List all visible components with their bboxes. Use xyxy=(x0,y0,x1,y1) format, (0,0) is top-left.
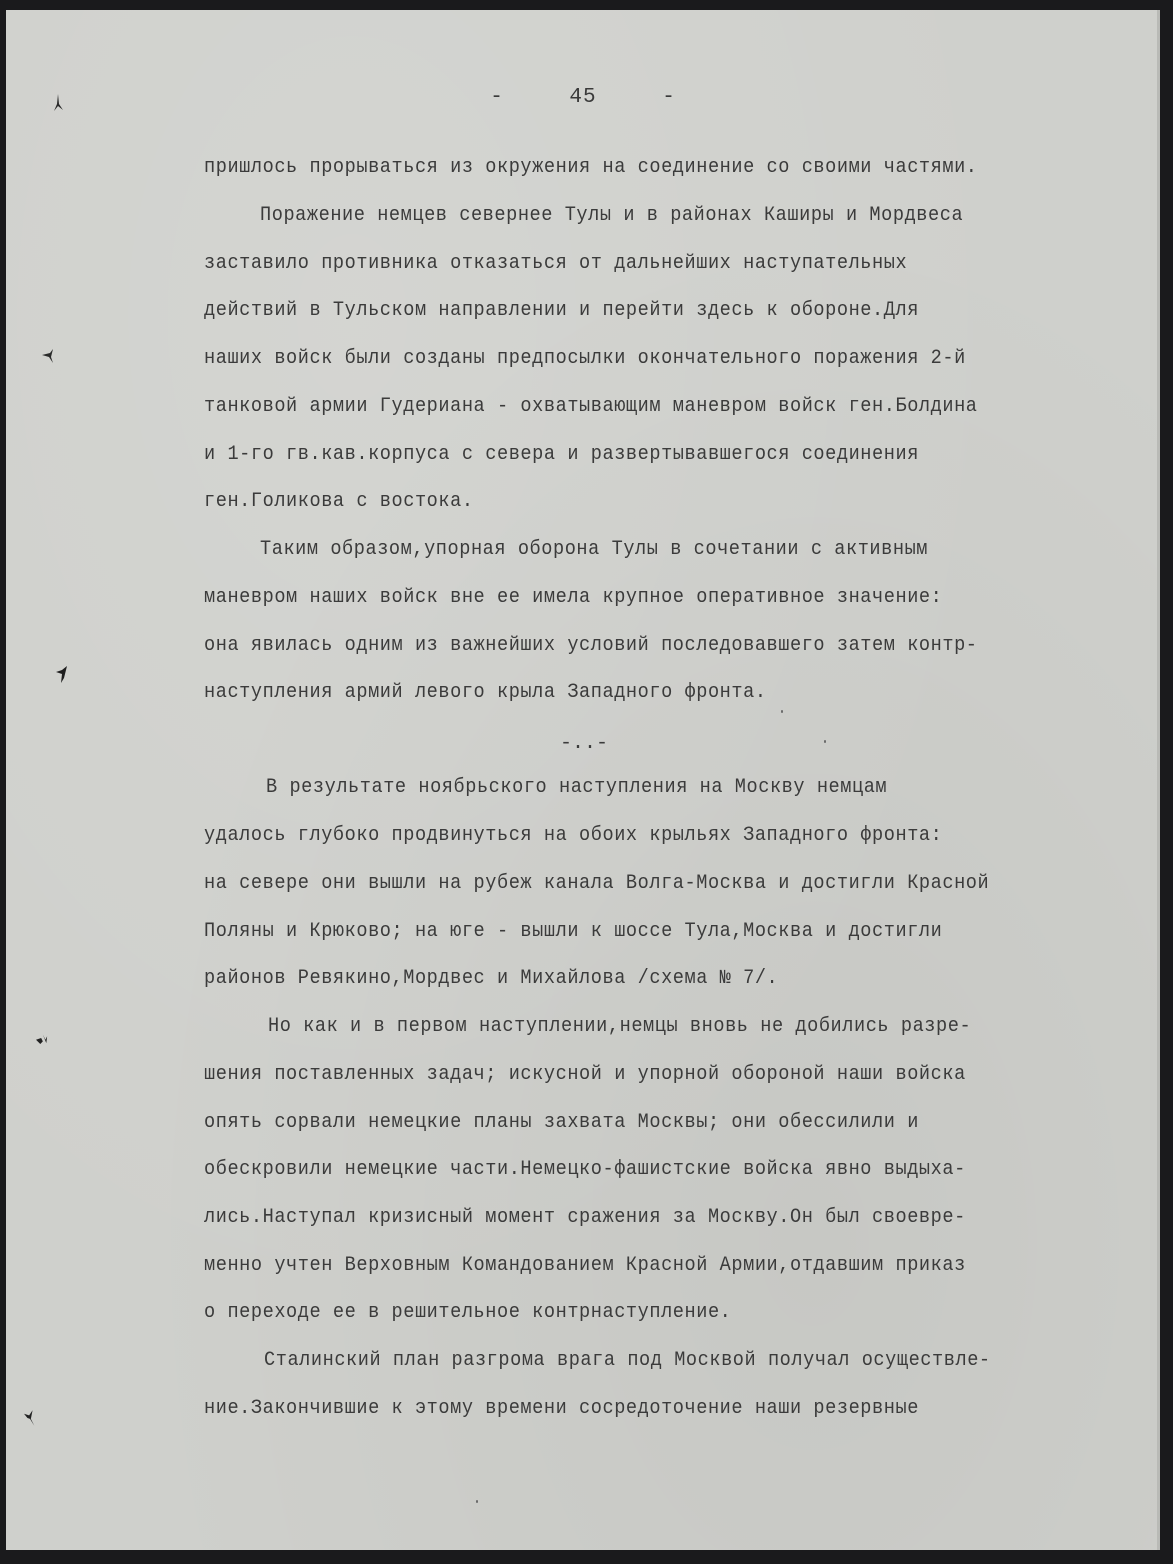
text-line: ген.Голикова с востока. xyxy=(204,490,474,513)
text-line: действий в Тульском направлении и перейт… xyxy=(204,299,919,322)
text-line: обескровили немецкие части.Немецко-фашис… xyxy=(204,1158,966,1181)
text-line: наших войск были созданы предпосылки око… xyxy=(204,347,966,370)
text-line: Но как и в первом наступлении,немцы внов… xyxy=(268,1015,971,1038)
paper-speck xyxy=(824,740,826,743)
text-line: опять сорвали немецкие планы захвата Мос… xyxy=(204,1111,919,1134)
punch-hole-mark-icon xyxy=(56,664,68,684)
text-line: наступления армий левого крыла Западного… xyxy=(204,681,767,704)
paper-speck xyxy=(781,710,783,713)
text-line: маневром наших войск вне ее имела крупно… xyxy=(204,586,942,609)
page-number: - 45 - xyxy=(6,86,1160,109)
text-line: и 1-го гв.кав.корпуса с севера и разверт… xyxy=(204,443,919,466)
punch-hole-mark-icon xyxy=(24,1408,36,1428)
punch-hole-mark-icon xyxy=(36,1028,48,1048)
text-line: удалось глубоко продвинуться на обоих кр… xyxy=(204,824,942,847)
section-separator: -..- xyxy=(560,732,608,755)
text-line: заставило противника отказаться от дальн… xyxy=(204,252,907,275)
text-line: менно учтен Верховным Командованием Крас… xyxy=(204,1254,966,1277)
text-line: о переходе ее в решительное контрнаступл… xyxy=(204,1301,731,1324)
text-line: В результате ноябрьского наступления на … xyxy=(266,776,887,799)
text-line: Поражение немцев севернее Тулы и в район… xyxy=(260,204,963,227)
text-line: Сталинский план разгрома врага под Москв… xyxy=(264,1349,991,1372)
scanned-page: - 45 - пришлось прорываться из окружения… xyxy=(0,0,1173,1564)
text-line: танковой армии Гудериана - охватывающим … xyxy=(204,395,978,418)
text-line: на севере они вышли на рубеж канала Волг… xyxy=(204,872,989,895)
paper-sheet: - 45 - пришлось прорываться из окружения… xyxy=(6,10,1160,1550)
text-line: пришлось прорываться из окружения на сое… xyxy=(204,156,978,179)
text-line: Поляны и Крюково; на юге - вышли к шоссе… xyxy=(204,920,942,943)
text-line: районов Ревякино,Мордвес и Михайлова /сх… xyxy=(204,967,778,990)
text-line: она явилась одним из важнейших условий п… xyxy=(204,634,978,657)
text-line: шения поставленных задач; искусной и упо… xyxy=(204,1063,966,1086)
text-line: лись.Наступал кризисный момент сражения … xyxy=(204,1206,966,1229)
paper-speck xyxy=(476,1500,478,1503)
text-line: ние.Закончившие к этому времени сосредот… xyxy=(204,1397,919,1420)
punch-hole-mark-icon xyxy=(42,347,54,367)
text-line: Таким образом,упорная оборона Тулы в соч… xyxy=(260,538,928,561)
paper-edge xyxy=(1157,10,1160,1550)
